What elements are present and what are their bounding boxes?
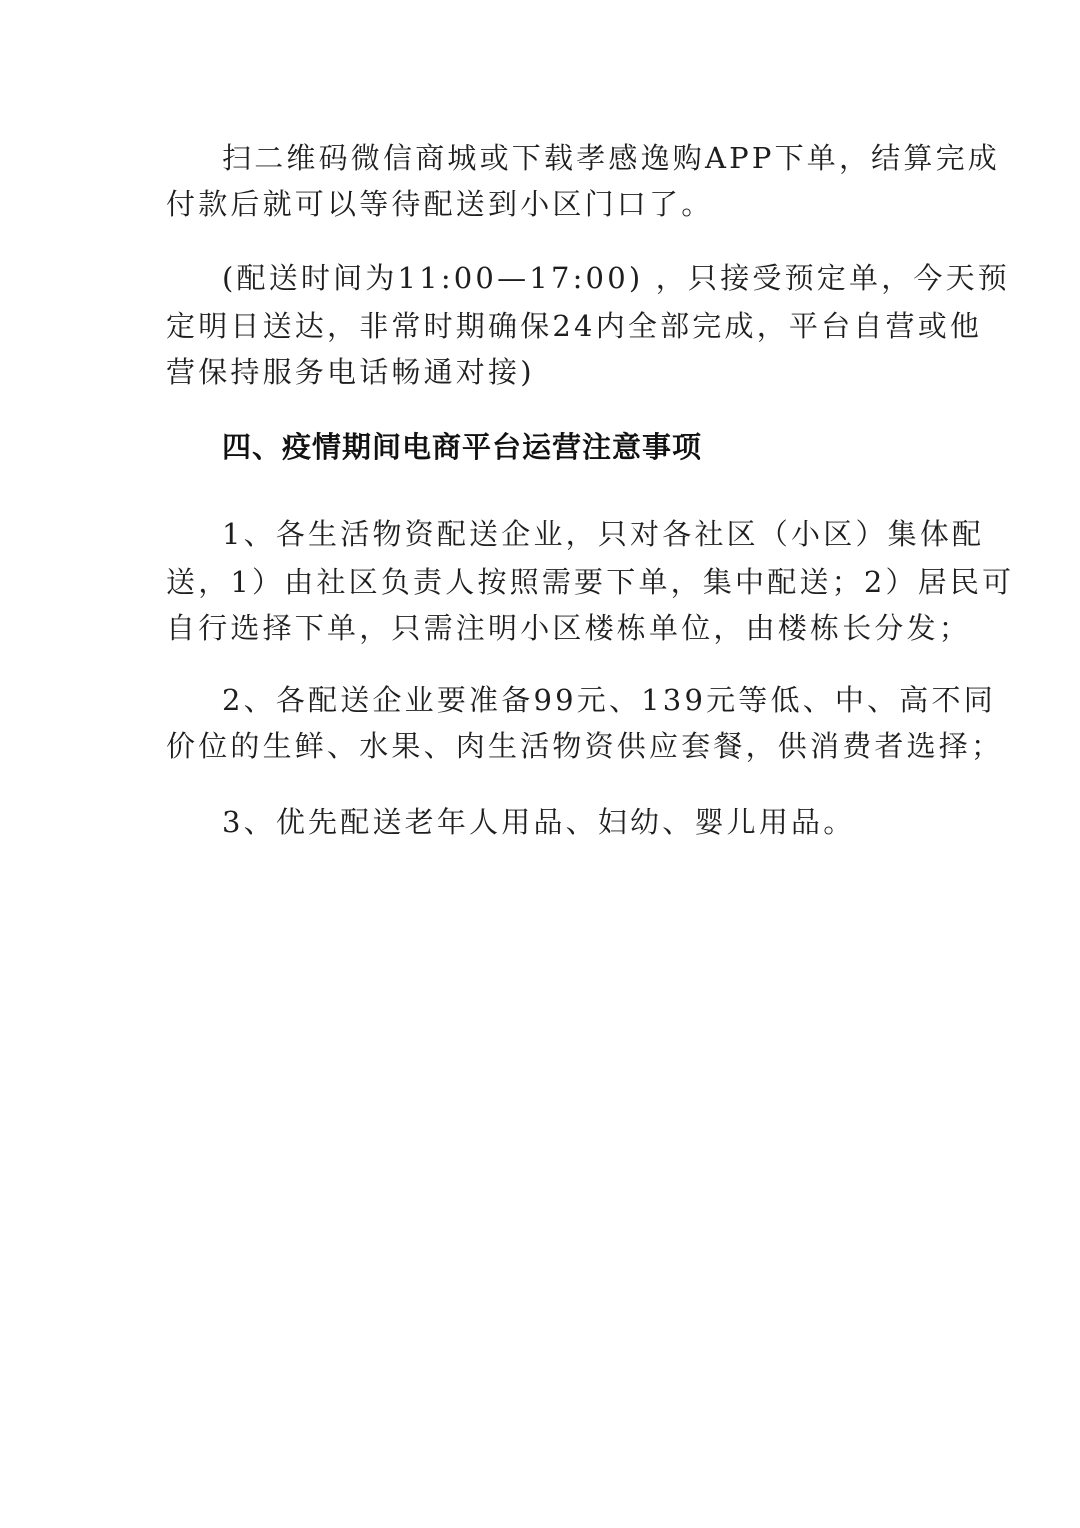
list-item-line: 自行选择下单，只需注明小区楼栋单位，由楼栋长分发； bbox=[166, 608, 916, 648]
list-item-line: 送，1）由社区负责人按照需要下单，集中配送；2）居民可 bbox=[166, 562, 916, 602]
paragraph-line: 定明日送达，非常时期确保24内全部完成，平台自营或他 bbox=[166, 306, 916, 346]
list-item-line: 2、各配送企业要准备99元、139元等低、中、高不同 bbox=[222, 680, 972, 720]
list-item-line: 3、优先配送老年人用品、妇幼、婴儿用品。 bbox=[222, 802, 972, 842]
paragraph-line: 扫二维码微信商城或下载孝感逸购APP下单，结算完成 bbox=[222, 138, 972, 178]
paragraph-line: 营保持服务电话畅通对接) bbox=[166, 352, 916, 392]
list-item-line: 价位的生鲜、水果、肉生活物资供应套餐，供消费者选择； bbox=[166, 726, 916, 766]
paragraph-line: 付款后就可以等待配送到小区门口了。 bbox=[166, 184, 916, 224]
list-item-line: 1、各生活物资配送企业，只对各社区（小区）集体配 bbox=[222, 514, 972, 554]
section-heading: 四、疫情期间电商平台运营注意事项 bbox=[222, 427, 702, 467]
paragraph-line: (配送时间为11:00—17:00) ，只接受预定单，今天预 bbox=[222, 258, 972, 298]
document-page: 扫二维码微信商城或下载孝感逸购APP下单，结算完成 付款后就可以等待配送到小区门… bbox=[0, 0, 1080, 1528]
